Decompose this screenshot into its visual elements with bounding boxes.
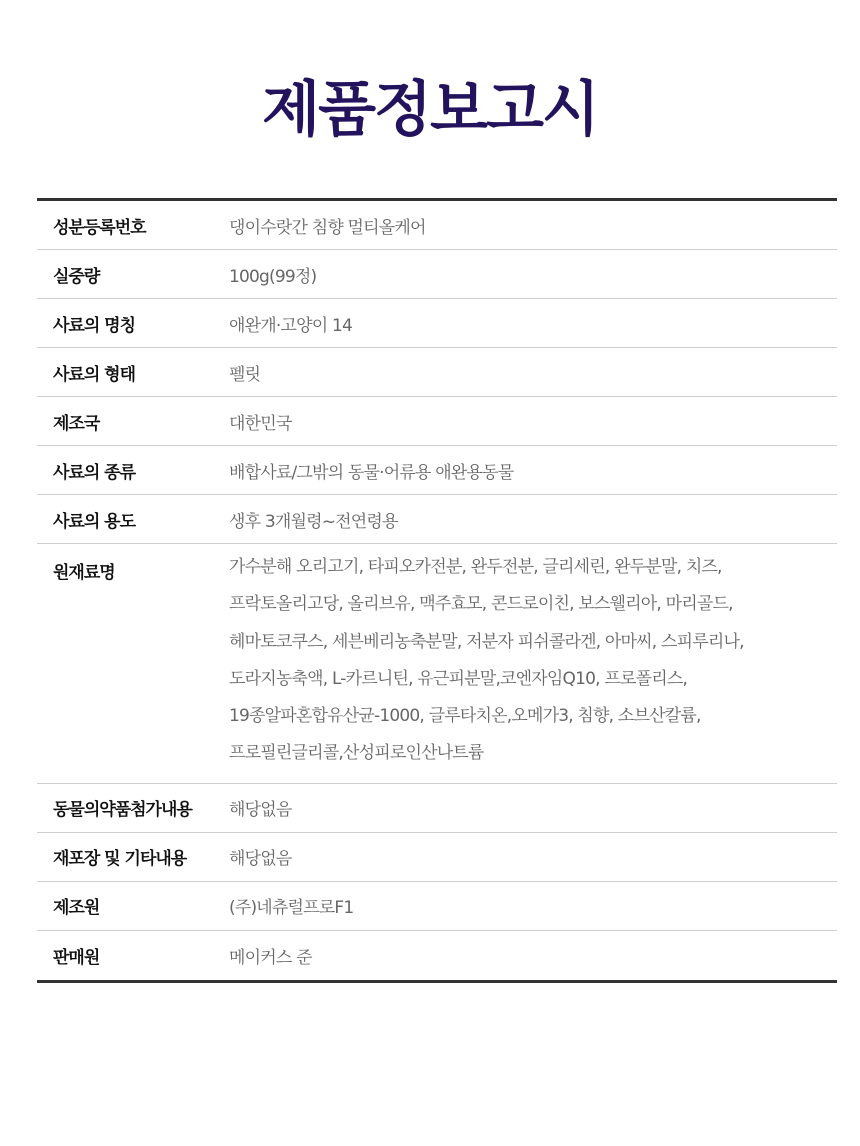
ingredients-line: 프로필린글리콜,산성피로인산나트륨 xyxy=(229,735,833,772)
row-value: 100g(99정) xyxy=(229,250,837,298)
row-label: 사료의 형태 xyxy=(37,348,229,396)
row-value: 댕이수랏간 침향 멀티올케어 xyxy=(229,201,837,249)
row-value: 애완개·고양이 14 xyxy=(229,299,837,347)
ingredients-line: 프락토올리고당, 올리브유, 맥주효모, 콘드로이친, 보스웰리아, 마리골드, xyxy=(229,586,833,623)
row-feed-type: 사료의 종류 배합사료/그밖의 동물·어류용 애완용동물 xyxy=(37,446,837,495)
row-repackaging: 재포장 및 기타내용 해당없음 xyxy=(37,833,837,882)
row-value: 메이커스 준 xyxy=(229,931,837,980)
row-label: 동물의약품첨가내용 xyxy=(37,784,229,832)
row-value: 대한민국 xyxy=(229,397,837,445)
row-label: 제조원 xyxy=(37,882,229,930)
row-value: 해당없음 xyxy=(229,833,837,881)
row-label: 판매원 xyxy=(37,931,229,980)
ingredients-line: 도라지농축액, L-카르니틴, 유근피분말,코엔자임Q10, 프로폴리스, xyxy=(229,661,833,698)
row-veterinary-additives: 동물의약품첨가내용 해당없음 xyxy=(37,784,837,833)
row-label: 실중량 xyxy=(37,250,229,298)
row-label: 원재료명 xyxy=(37,544,229,583)
row-manufacturer: 제조원 (주)네츄럴프로F1 xyxy=(37,882,837,931)
row-value: 펠릿 xyxy=(229,348,837,396)
ingredients-line: 헤마토코쿠스, 세븐베리농축분말, 저분자 피쉬콜라겐, 아마씨, 스피루리나, xyxy=(229,624,833,661)
row-value: 해당없음 xyxy=(229,784,837,832)
row-label: 재포장 및 기타내용 xyxy=(37,833,229,881)
row-label: 사료의 용도 xyxy=(37,495,229,543)
row-value: 생후 3개월령~전연령용 xyxy=(229,495,837,543)
row-net-weight: 실중량 100g(99정) xyxy=(37,250,837,299)
row-label: 성분등록번호 xyxy=(37,201,229,249)
row-value: (주)네츄럴프로F1 xyxy=(229,882,837,930)
page-title: 제품정보고시 xyxy=(0,72,860,148)
row-feed-name: 사료의 명칭 애완개·고양이 14 xyxy=(37,299,837,348)
row-label: 제조국 xyxy=(37,397,229,445)
row-feed-form: 사료의 형태 펠릿 xyxy=(37,348,837,397)
product-info-table: 성분등록번호 댕이수랏간 침향 멀티올케어 실중량 100g(99정) 사료의 … xyxy=(37,198,837,983)
ingredients-line: 19종알파혼합유산균-1000, 글루타치온,오메가3, 침향, 소브산칼륨, xyxy=(229,698,833,735)
row-registration-number: 성분등록번호 댕이수랏간 침향 멀티올케어 xyxy=(37,201,837,250)
row-value: 배합사료/그밖의 동물·어류용 애완용동물 xyxy=(229,446,837,494)
row-label: 사료의 종류 xyxy=(37,446,229,494)
row-seller: 판매원 메이커스 준 xyxy=(37,931,837,980)
row-ingredients: 원재료명 가수분해 오리고기, 타피오카전분, 완두전분, 글리세린, 완두분말… xyxy=(37,544,837,784)
row-country: 제조국 대한민국 xyxy=(37,397,837,446)
ingredients-list: 가수분해 오리고기, 타피오카전분, 완두전분, 글리세린, 완두분말, 치즈,… xyxy=(229,537,837,783)
ingredients-line: 가수분해 오리고기, 타피오카전분, 완두전분, 글리세린, 완두분말, 치즈, xyxy=(229,549,833,586)
row-label: 사료의 명칭 xyxy=(37,299,229,347)
